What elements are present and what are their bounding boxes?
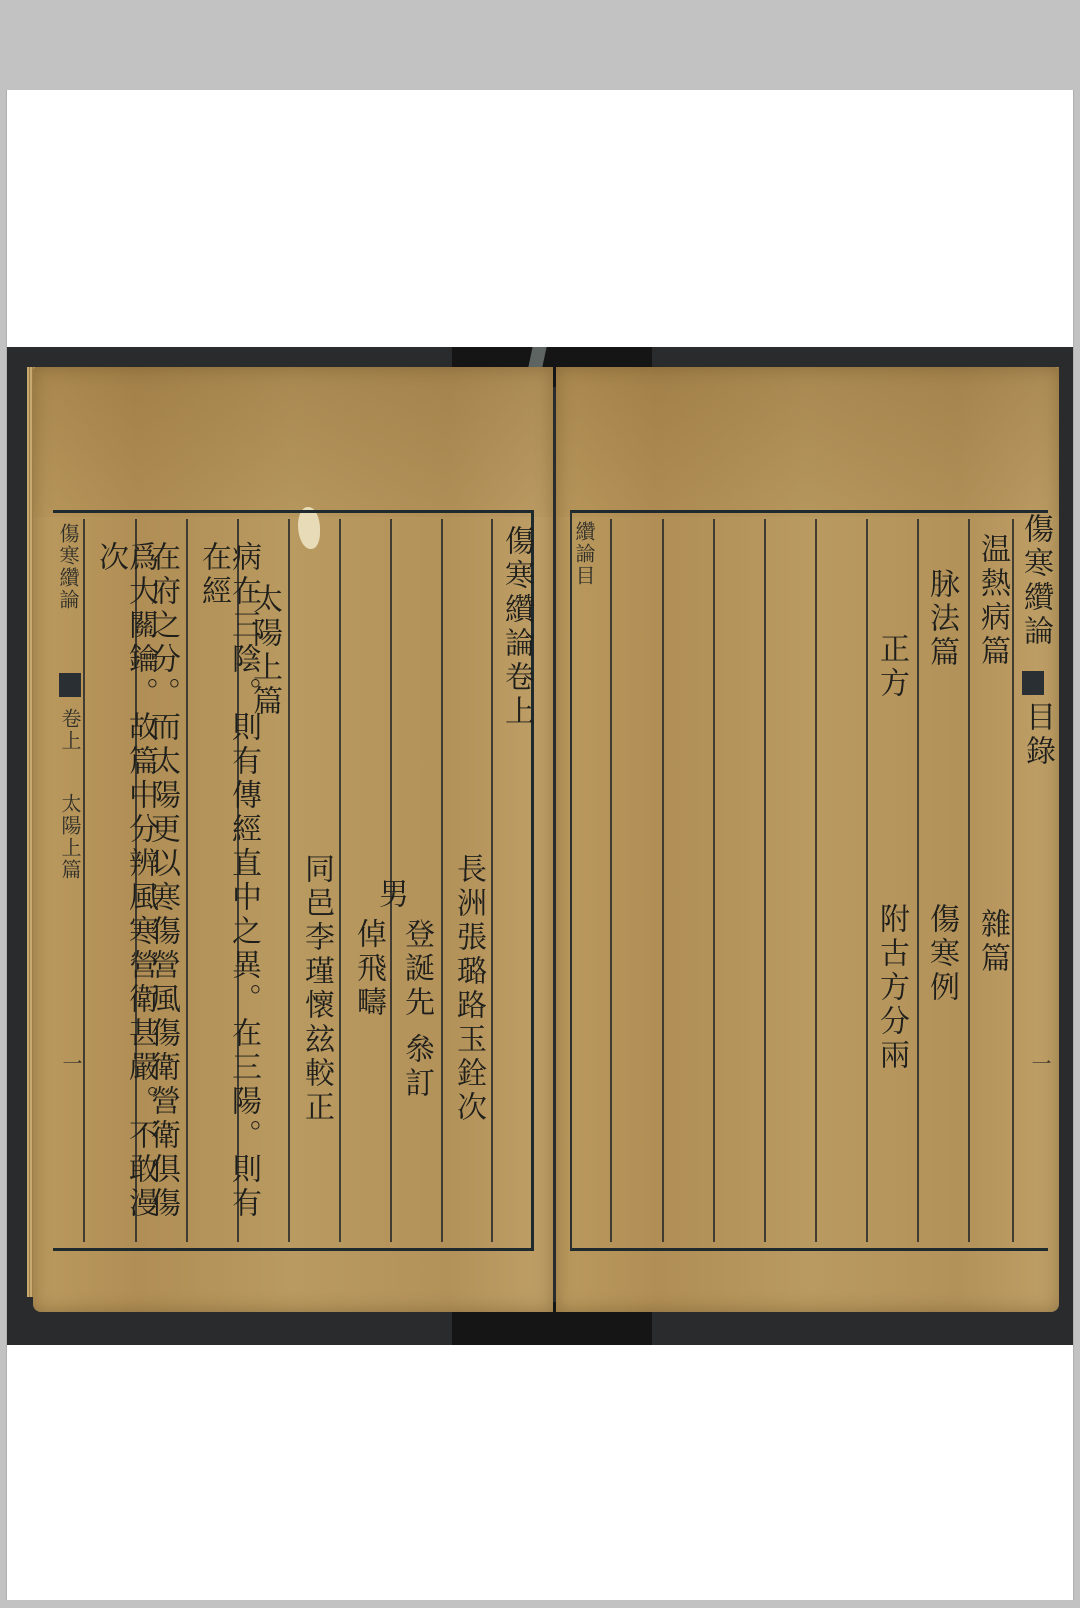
volume-heading: 傷寒纘論卷上 — [501, 525, 531, 729]
credit-son-1: 登誕先 — [401, 918, 431, 1020]
column-rule — [815, 519, 817, 1242]
right-page: 纘論目 正方 附古方分兩 脉法篇 傷寒例 温熱病篇 雜篇 傷寒纘論 目錄 一 — [556, 367, 1059, 1312]
margin-section: 太陽上篇 — [60, 793, 80, 881]
column-rule — [662, 519, 664, 1242]
left-page-frame: 傷寒纘論 卷上 太陽上篇 一 爲大關鑰。故篇中分辨風寒營衛甚嚴。不敢漫次 在府之… — [53, 510, 534, 1251]
column-rule — [491, 519, 493, 1242]
column-rule — [713, 519, 715, 1242]
column-rule — [441, 519, 443, 1242]
fishtail-mark — [59, 673, 81, 697]
credit-son-label: 男 — [375, 878, 405, 912]
column-rule — [866, 519, 868, 1242]
toc-entry[interactable]: 附古方分兩 — [876, 903, 906, 1073]
right-page-frame: 纘論目 正方 附古方分兩 脉法篇 傷寒例 温熱病篇 雜篇 傷寒纘論 目錄 一 — [570, 510, 1048, 1251]
column-rule — [610, 519, 612, 1242]
column-rule — [83, 519, 85, 1242]
column-rule — [968, 519, 970, 1242]
folio-number: 一 — [1030, 1053, 1050, 1075]
column-rule — [339, 519, 341, 1242]
credit-author: 長洲張璐路玉銓次 — [453, 853, 483, 1125]
left-page: 傷寒纘論 卷上 太陽上篇 一 爲大關鑰。故篇中分辨風寒營衛甚嚴。不敢漫次 在府之… — [33, 367, 553, 1312]
left-edge-title: 纘論目 — [574, 521, 594, 587]
credit-proofreader: 同邑李瑾懷玆較正 — [301, 853, 331, 1125]
toc-entry[interactable]: 傷寒例 — [926, 903, 956, 1005]
book-scan: 傷寒纘論 卷上 太陽上篇 一 爲大關鑰。故篇中分辨風寒營衛甚嚴。不敢漫次 在府之… — [7, 347, 1073, 1345]
section-title: 太陽上篇 — [249, 583, 279, 719]
column-rule — [917, 519, 919, 1242]
column-rule — [1012, 519, 1014, 1242]
column-rule — [288, 519, 290, 1242]
toc-entry[interactable]: 脉法篇 — [926, 568, 956, 670]
folio-number: 一 — [61, 1053, 81, 1075]
column-rule — [764, 519, 766, 1242]
paper-stain — [33, 367, 553, 517]
column-rule — [186, 519, 188, 1242]
toc-entry[interactable]: 雜篇 — [977, 908, 1007, 976]
credit-revised: 叅訂 — [401, 1033, 431, 1101]
margin-volume: 卷上 — [60, 708, 80, 752]
credit-son-2: 倬飛疇 — [353, 918, 383, 1020]
margin-section: 目錄 — [1022, 701, 1052, 769]
margin-title: 傷寒纘論 — [1020, 513, 1050, 649]
toc-entry[interactable]: 温熱病篇 — [977, 533, 1007, 669]
body-column-2: 在府之分。而太陽更以寒傷營風傷衛營衛俱傷 — [147, 541, 177, 1221]
paper-stain — [556, 367, 1059, 517]
toc-entry[interactable]: 正方 — [876, 633, 906, 701]
fishtail-mark — [1022, 671, 1044, 695]
margin-title: 傷寒纘論 — [58, 523, 78, 611]
